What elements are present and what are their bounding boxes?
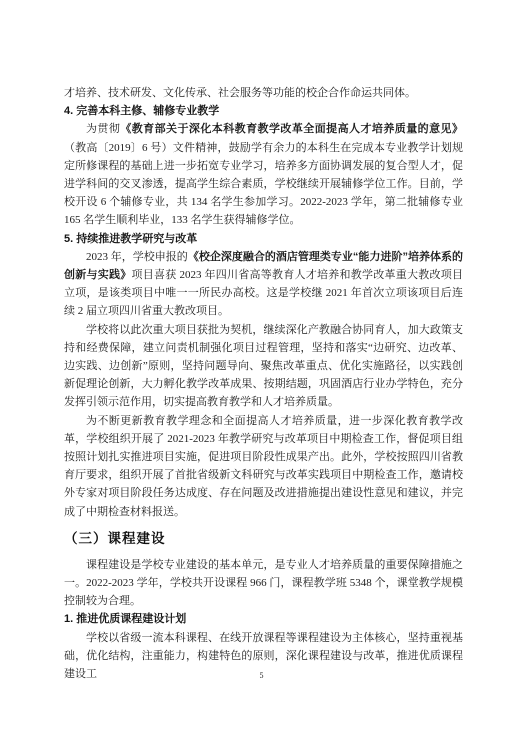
subsection-heading-4: 4. 完善本科主修、辅修专业教学: [64, 102, 463, 120]
paragraph-project-award: 2023 年，学校申报的《校企深度融合的酒店管理类专业“能力进阶”培养体系的创新…: [64, 248, 463, 321]
paragraph-text: 为贯彻: [86, 123, 120, 135]
page-number: 5: [0, 671, 523, 680]
paragraph-continuation: 才培养、技术研发、文化传承、社会服务等功能的校企合作命运共同体。: [64, 84, 463, 102]
section-heading-course-construction: （三）课程建设: [64, 528, 463, 550]
paragraph-policy: 为贯彻《教育部关于深化本科教育教学改革全面提高人才培养质量的意见》（教高〔201…: [64, 120, 463, 229]
paragraph-midterm-check: 为不断更新教育教学理念和全面提高人才培养质量，进一步深化教育教学改革，学校组织开…: [64, 412, 463, 521]
page-content: 才培养、技术研发、文化传承、社会服务等功能的校企合作命运共同体。 4. 完善本科…: [64, 84, 463, 683]
subsection-heading-5: 5. 持续推进教学研究与改革: [64, 230, 463, 248]
paragraph-project-plan: 学校将以此次重大项目获批为契机，继续深化产教融合协同育人，加大政策支持和经费保障…: [64, 321, 463, 412]
paragraph-text: 2023 年，学校申报的: [86, 251, 188, 263]
paragraph-text: （教高〔2019〕6 号）文件精神，鼓励学有余力的本科生在完成本专业教学计划规定…: [64, 142, 463, 227]
subsection-heading-1-quality-courses: 1. 推进优质课程建设计划: [64, 610, 463, 628]
paragraph-course-overview: 课程建设是学校专业建设的基本单元，是专业人才培养质量的重要保障措施之一。2022…: [64, 556, 463, 611]
document-page: 才培养、技术研发、文化传承、社会服务等功能的校企合作命运共同体。 4. 完善本科…: [0, 0, 523, 729]
book-title-education-ministry-opinion: 《教育部关于深化本科教育教学改革全面提高人才培养质量的意见》: [120, 123, 463, 135]
